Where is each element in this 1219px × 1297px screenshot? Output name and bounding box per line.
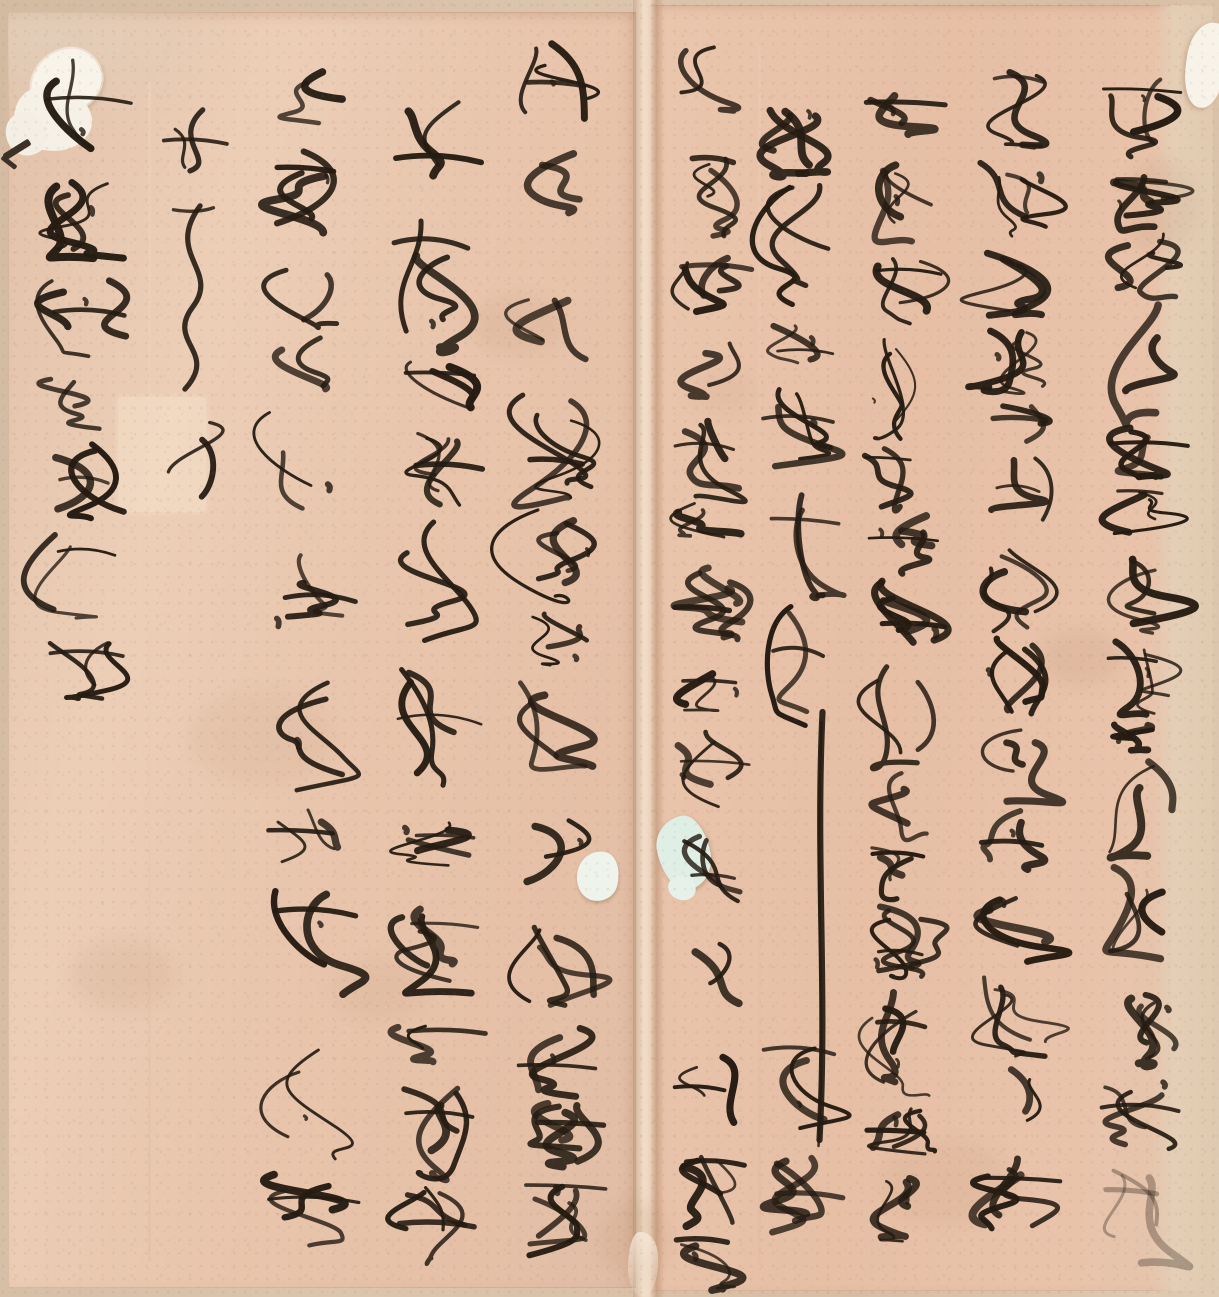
calligraphy-column-r5 [662, 40, 762, 1290]
calligraphy-column-l3 [250, 55, 370, 1247]
calligraphy-column-r4 [748, 90, 853, 1240]
calligraphy-strokes [145, 100, 240, 502]
calligraphy-column-r1 [1088, 75, 1198, 1265]
center-fold [633, 0, 663, 1297]
calligraphy-strokes [250, 55, 370, 1247]
calligraphy-leaf: Two-page handwritten calligraphy album l… [0, 0, 1219, 1297]
calligraphy-strokes [1088, 75, 1198, 1265]
calligraphy-column-r3 [853, 90, 958, 1243]
calligraphy-strokes [748, 90, 853, 1240]
calligraphy-strokes [30, 55, 150, 700]
calligraphy-strokes [662, 40, 762, 1290]
calligraphy-strokes [503, 38, 618, 1265]
calligraphy-column-l1 [503, 38, 618, 1265]
calligraphy-strokes [853, 90, 958, 1243]
calligraphy-column-r2 [962, 65, 1072, 1235]
calligraphy-column-l4 [145, 100, 240, 502]
calligraphy-strokes [380, 95, 495, 1260]
calligraphy-column-l5 [30, 55, 150, 700]
calligraphy-strokes [962, 65, 1072, 1235]
calligraphy-column-l2 [380, 95, 495, 1260]
